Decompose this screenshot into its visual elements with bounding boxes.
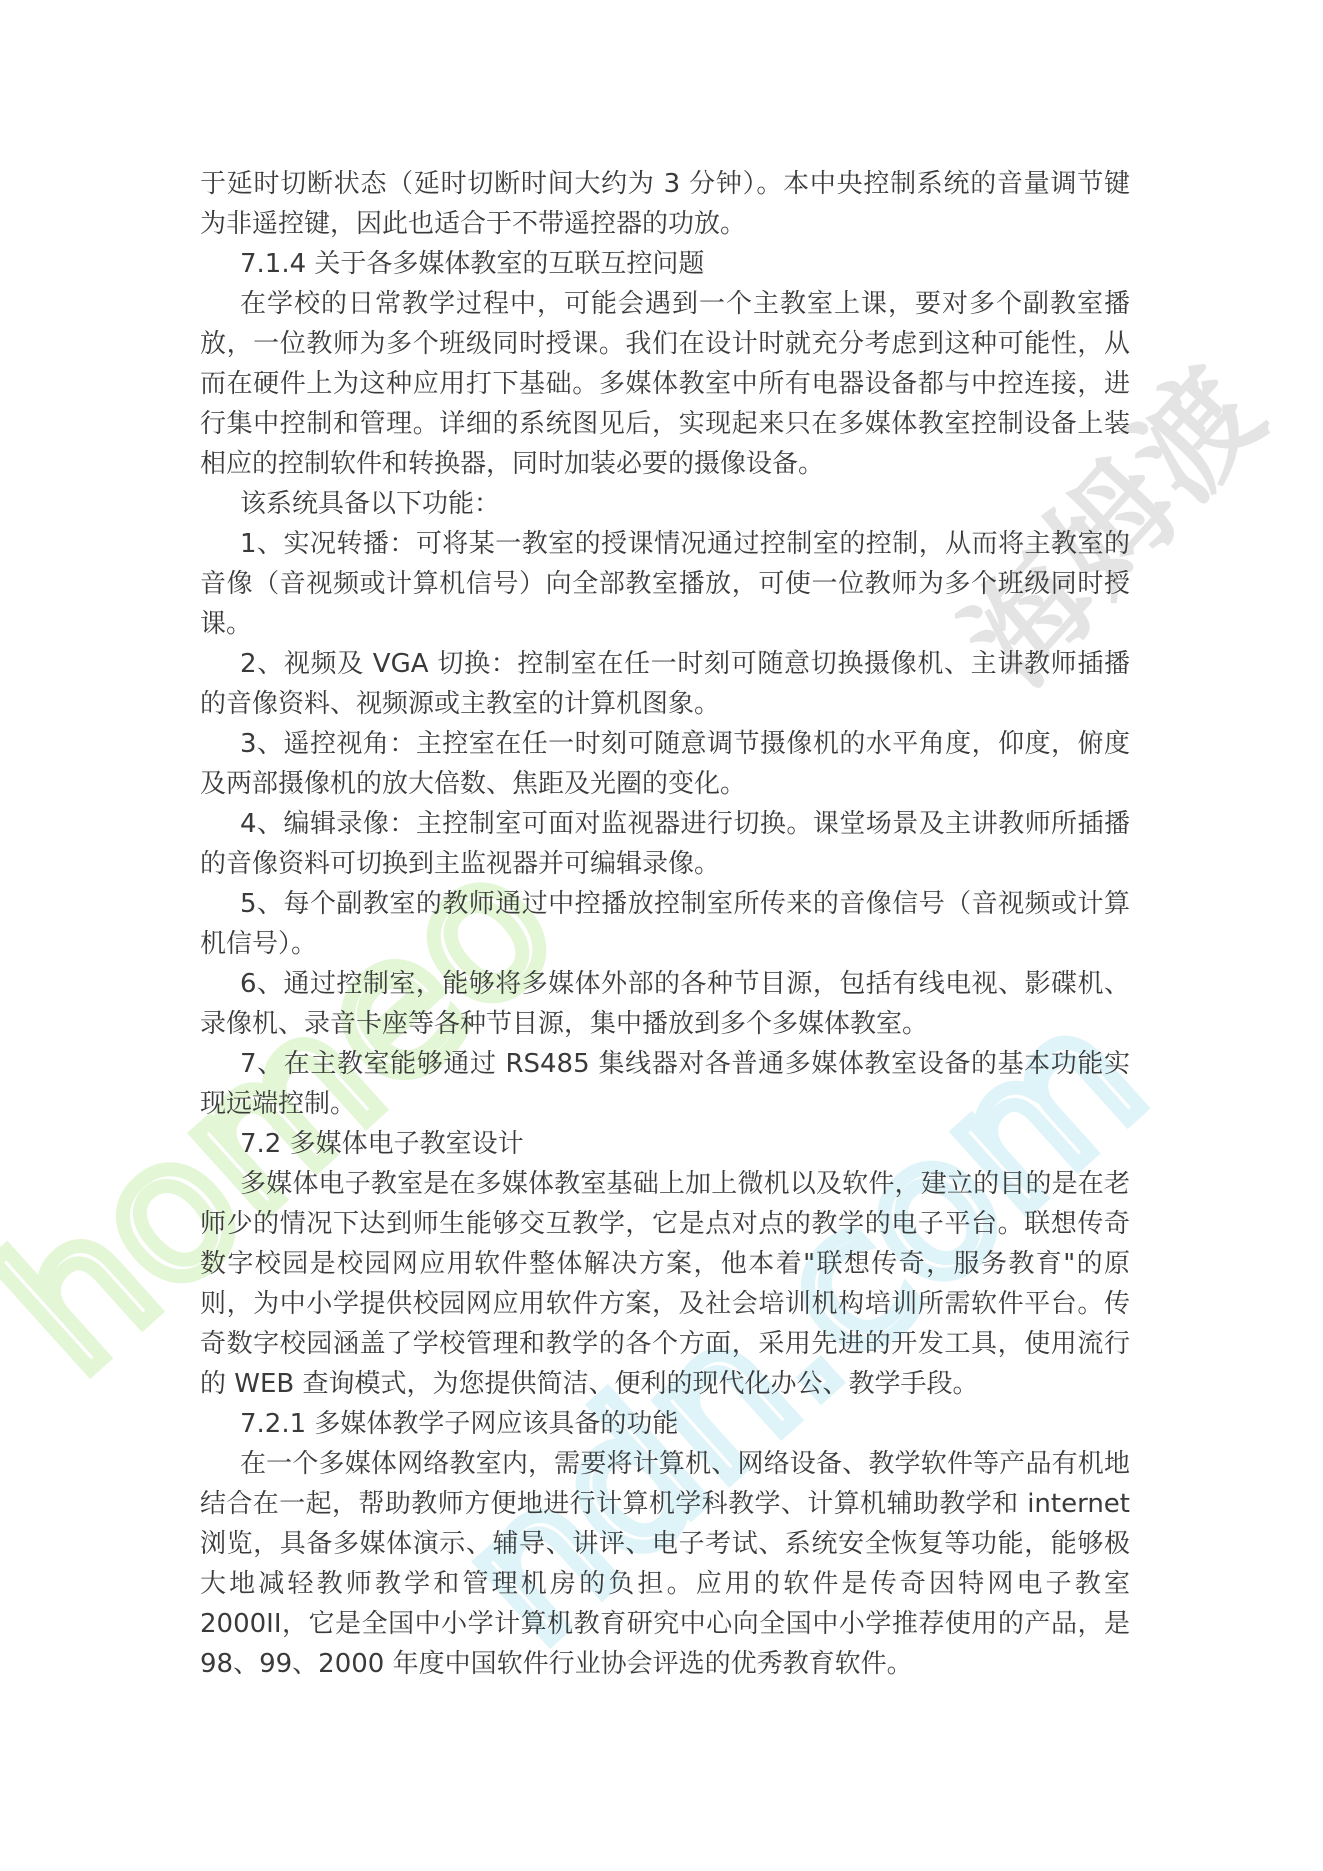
- list-item: 7、在主教室能够通过 RS485 集线器对各普通多媒体教室设备的基本功能实现远端…: [200, 1044, 1130, 1124]
- paragraph-continuation: 于延时切断状态（延时切断时间大约为 3 分钟）。本中央控制系统的音量调节键为非遥…: [200, 164, 1130, 244]
- section-heading-7-2: 7.2 多媒体电子教室设计: [200, 1124, 1130, 1164]
- paragraph: 该系统具备以下功能：: [200, 484, 1130, 524]
- list-item: 3、遥控视角：主控室在任一时刻可随意调节摄像机的水平角度，仰度，俯度及两部摄像机…: [200, 724, 1130, 804]
- paragraph: 在一个多媒体网络教室内，需要将计算机、网络设备、教学软件等产品有机地结合在一起，…: [200, 1444, 1130, 1684]
- list-item: 5、每个副教室的教师通过中控播放控制室所传来的音像信号（音视频或计算机信号）。: [200, 884, 1130, 964]
- list-item: 4、编辑录像：主控制室可面对监视器进行切换。课堂场景及主讲教师所插播的音像资料可…: [200, 804, 1130, 884]
- paragraph: 多媒体电子教室是在多媒体教室基础上加上微机以及软件，建立的目的是在老师少的情况下…: [200, 1164, 1130, 1404]
- paragraph: 在学校的日常教学过程中，可能会遇到一个主教室上课，要对多个副教室播放，一位教师为…: [200, 284, 1130, 484]
- document-page: 于延时切断状态（延时切断时间大约为 3 分钟）。本中央控制系统的音量调节键为非遥…: [200, 164, 1130, 1684]
- list-item: 6、通过控制室，能够将多媒体外部的各种节目源，包括有线电视、影碟机、录像机、录音…: [200, 964, 1130, 1044]
- section-heading-7-2-1: 7.2.1 多媒体教学子网应该具备的功能: [200, 1404, 1130, 1444]
- list-item: 2、视频及 VGA 切换：控制室在任一时刻可随意切换摄像机、主讲教师插播的音像资…: [200, 644, 1130, 724]
- section-heading-7-1-4: 7.1.4 关于各多媒体教室的互联互控问题: [200, 244, 1130, 284]
- list-item: 1、实况转播：可将某一教室的授课情况通过控制室的控制，从而将主教室的音像（音视频…: [200, 524, 1130, 644]
